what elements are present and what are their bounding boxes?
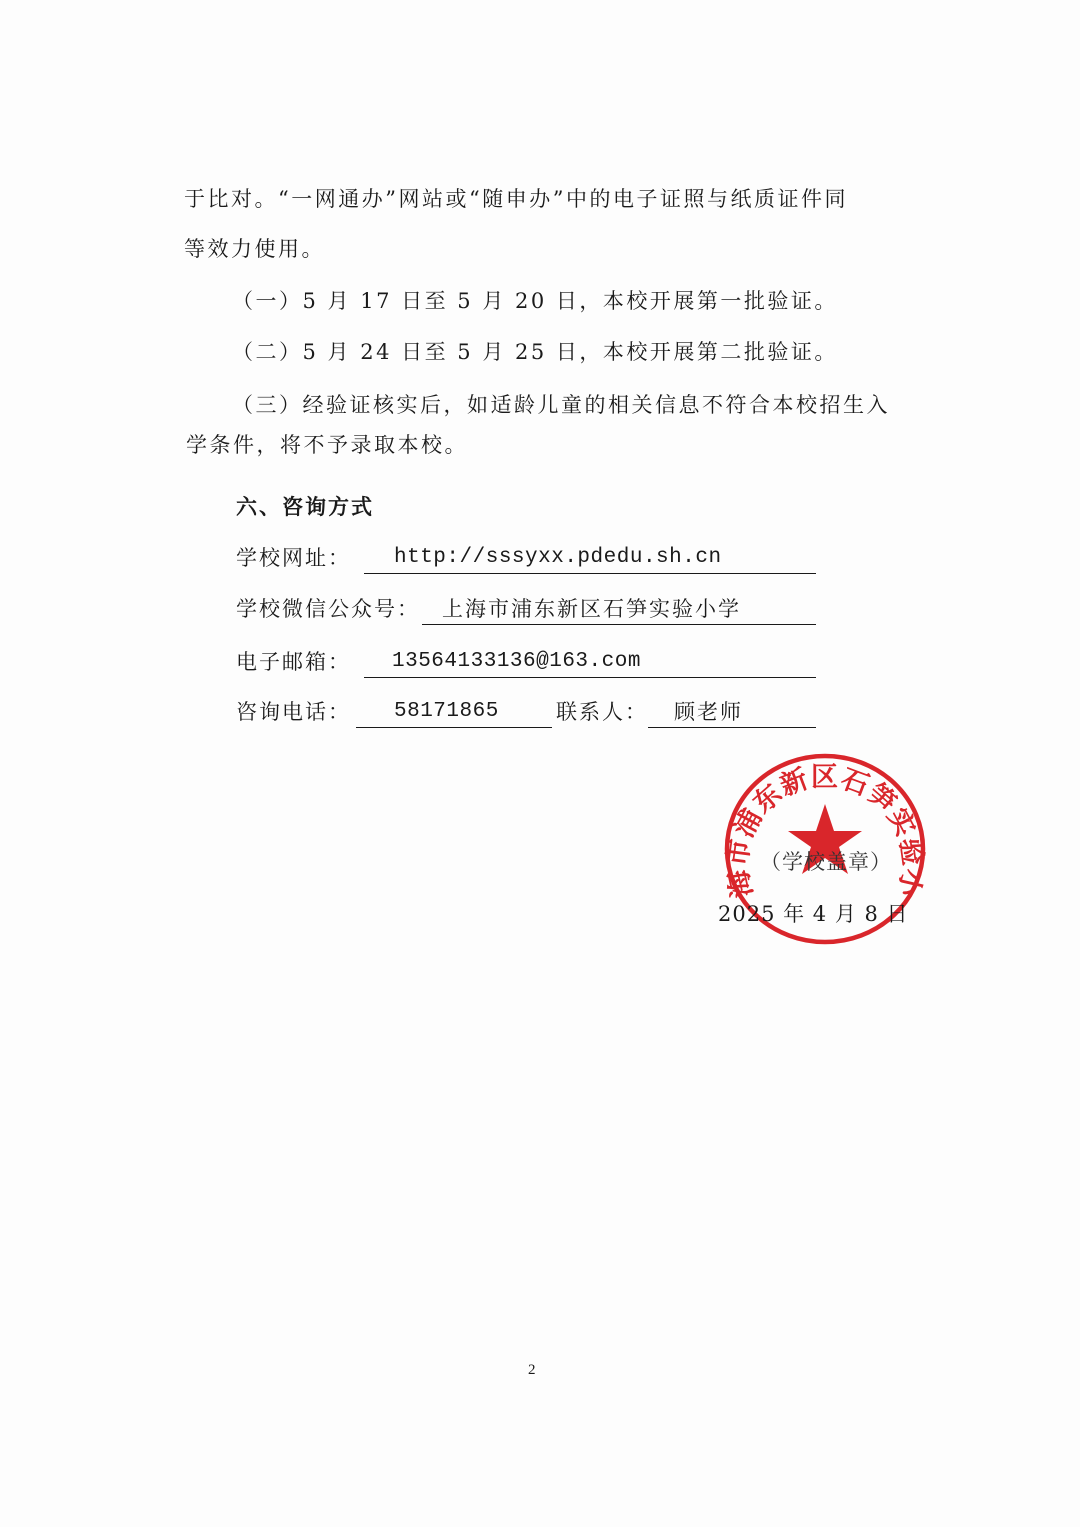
verification-item-2: （二）5 月 24 日至 5 月 25 日，本校开展第二批验证。 — [232, 337, 838, 367]
email-label: 电子邮箱： — [236, 647, 351, 677]
phone-label: 咨询电话： — [236, 697, 351, 727]
document-page: 于比对。“一网通办”网站或“随申办”中的电子证照与纸质证件同 等效力使用。 （一… — [0, 0, 1080, 1527]
seal-caption: （学校盖章） — [760, 846, 892, 876]
section-heading: 六、咨询方式 — [236, 492, 374, 522]
email-link[interactable]: 13564133136@163.com — [364, 647, 816, 678]
signature-date: 2025 年 4 月 8 日 — [718, 898, 909, 928]
website-link[interactable]: http://sssyxx.pdedu.sh.cn — [364, 543, 816, 574]
website-row: 学校网址： http://sssyxx.pdedu.sh.cn — [236, 543, 826, 577]
contact-person-label: 联系人： — [556, 697, 648, 727]
verification-item-1: （一）5 月 17 日至 5 月 20 日，本校开展第一批验证。 — [232, 286, 838, 316]
page-number: 2 — [528, 1362, 536, 1379]
email-row: 电子邮箱： 13564133136@163.com — [236, 647, 826, 681]
wechat-row: 学校微信公众号： 上海市浦东新区石笋实验小学 — [236, 594, 826, 628]
wechat-label: 学校微信公众号： — [236, 594, 420, 624]
verification-item-3-line-2: 学条件，将不予录取本校。 — [186, 430, 468, 460]
website-label: 学校网址： — [236, 543, 351, 573]
contact-person-name: 顾老师 — [648, 697, 816, 728]
phone-row: 咨询电话： 58171865 联系人： 顾老师 — [236, 697, 826, 731]
phone-number[interactable]: 58171865 — [356, 697, 552, 728]
paragraph-line: 等效力使用。 — [184, 234, 325, 264]
verification-item-3-line-1: （三）经验证核实后，如适龄儿童的相关信息不符合本校招生入 — [232, 390, 890, 420]
wechat-account: 上海市浦东新区石笋实验小学 — [422, 594, 816, 625]
paragraph-line: 于比对。“一网通办”网站或“随申办”中的电子证照与纸质证件同 — [184, 184, 848, 214]
